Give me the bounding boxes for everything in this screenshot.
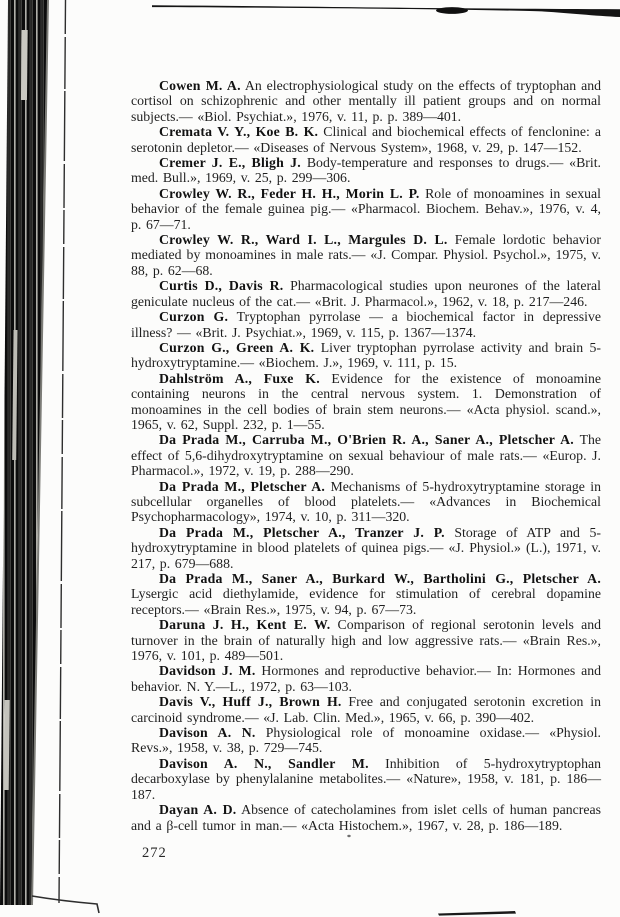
entry-authors: Daruna J. H., Kent E. W. bbox=[159, 617, 330, 632]
page-number: 272 bbox=[142, 845, 167, 862]
entry-authors: Crowley W. R., Feder H. H., Morin L. P. bbox=[159, 186, 420, 201]
entry-authors: Curzon G. bbox=[159, 309, 228, 324]
entry-authors: Davison A. N., Sandler M. bbox=[159, 756, 369, 771]
entry-authors: Crowley W. R., Ward I. L., Margules D. L… bbox=[159, 232, 448, 247]
spine-highlight bbox=[21, 30, 28, 100]
page-top-edge-line bbox=[152, 5, 620, 17]
page-bottom-edge-line bbox=[438, 911, 516, 916]
entry-authors: Davidson J. M. bbox=[159, 663, 256, 678]
entry-authors: Curtis D., Davis R. bbox=[159, 278, 283, 293]
bibliography-entry: Crowley W. R., Ward I. L., Margules D. L… bbox=[131, 232, 601, 278]
entry-authors: Davis V., Huff J., Brown H. bbox=[159, 694, 342, 709]
spine-edge-line bbox=[32, 0, 48, 905]
entry-authors: Dahlström A., Fuxe K. bbox=[159, 371, 320, 386]
book-spine-shadow bbox=[0, 0, 48, 905]
bibliography-entry: Curzon G., Green A. K. Liver tryptophan … bbox=[131, 340, 601, 371]
scanned-book-page: Cowen M. A. An electrophysiological stud… bbox=[0, 0, 620, 917]
entry-text: Lysergic acid diethylamide, evidence for… bbox=[131, 586, 601, 616]
bibliography-entry: Davis V., Huff J., Brown H. Free and con… bbox=[131, 694, 601, 725]
bibliography-entry: Davison A. N. Physiological role of mono… bbox=[131, 725, 601, 756]
bibliography-entry: Cremata V. Y., Koe B. K. Clinical and bi… bbox=[131, 124, 601, 155]
bibliography-entry: Dahlström A., Fuxe K. Evidence for the e… bbox=[131, 371, 601, 433]
entry-authors: Curzon G., Green A. K. bbox=[159, 340, 314, 355]
entry-authors: Da Prada M., Pletscher A. bbox=[159, 479, 325, 494]
page-corner-line bbox=[32, 896, 99, 913]
bibliography-entry: Cowen M. A. An electrophysiological stud… bbox=[131, 78, 601, 124]
entry-authors: Cowen M. A. bbox=[159, 78, 241, 93]
bibliography-entry: Da Prada M., Pletscher A. Mechanisms of … bbox=[131, 479, 601, 525]
ink-speck bbox=[347, 835, 350, 837]
entry-authors: Cremata V. Y., Koe B. K. bbox=[159, 124, 318, 139]
bibliography-entry: Dayan A. D. Absence of catecholamines fr… bbox=[131, 802, 601, 833]
entry-authors: Da Prada M., Carruba M., O'Brien R. A., … bbox=[159, 432, 574, 447]
bibliography-entry: Davidson J. M. Hormones and reproductive… bbox=[131, 663, 601, 694]
bibliography-list: Cowen M. A. An electrophysiological stud… bbox=[131, 78, 601, 833]
entry-authors: Da Prada M., Saner A., Burkard W., Barth… bbox=[159, 571, 601, 586]
spine-highlight bbox=[4, 700, 10, 790]
bibliography-entry: Curzon G. Tryptophan pyrrolase — a bioch… bbox=[131, 309, 601, 340]
bibliography-entry: Curtis D., Davis R. Pharmacological stud… bbox=[131, 278, 601, 309]
bibliography-entry: Daruna J. H., Kent E. W. Comparison of r… bbox=[131, 617, 601, 663]
entry-authors: Cremer J. E., Bligh J. bbox=[159, 155, 301, 170]
bibliography-entry: Davison A. N., Sandler M. Inhibition of … bbox=[131, 756, 601, 802]
spine-highlight bbox=[12, 330, 17, 460]
bibliography-entry: Crowley W. R., Feder H. H., Morin L. P. … bbox=[131, 186, 601, 232]
page-crease-line bbox=[59, 0, 66, 903]
entry-authors: Davison A. N. bbox=[159, 725, 256, 740]
bibliography-entry: Cremer J. E., Bligh J. Body-temperature … bbox=[131, 155, 601, 186]
bibliography-entry: Da Prada M., Pletscher A., Tranzer J. P.… bbox=[131, 525, 601, 571]
bibliography-entry: Da Prada M., Carruba M., O'Brien R. A., … bbox=[131, 432, 601, 478]
bibliography-entry: Da Prada M., Saner A., Burkard W., Barth… bbox=[131, 571, 601, 617]
entry-authors: Dayan A. D. bbox=[159, 802, 236, 817]
ink-blob bbox=[436, 7, 468, 14]
entry-authors: Da Prada M., Pletscher A., Tranzer J. P. bbox=[159, 525, 445, 540]
